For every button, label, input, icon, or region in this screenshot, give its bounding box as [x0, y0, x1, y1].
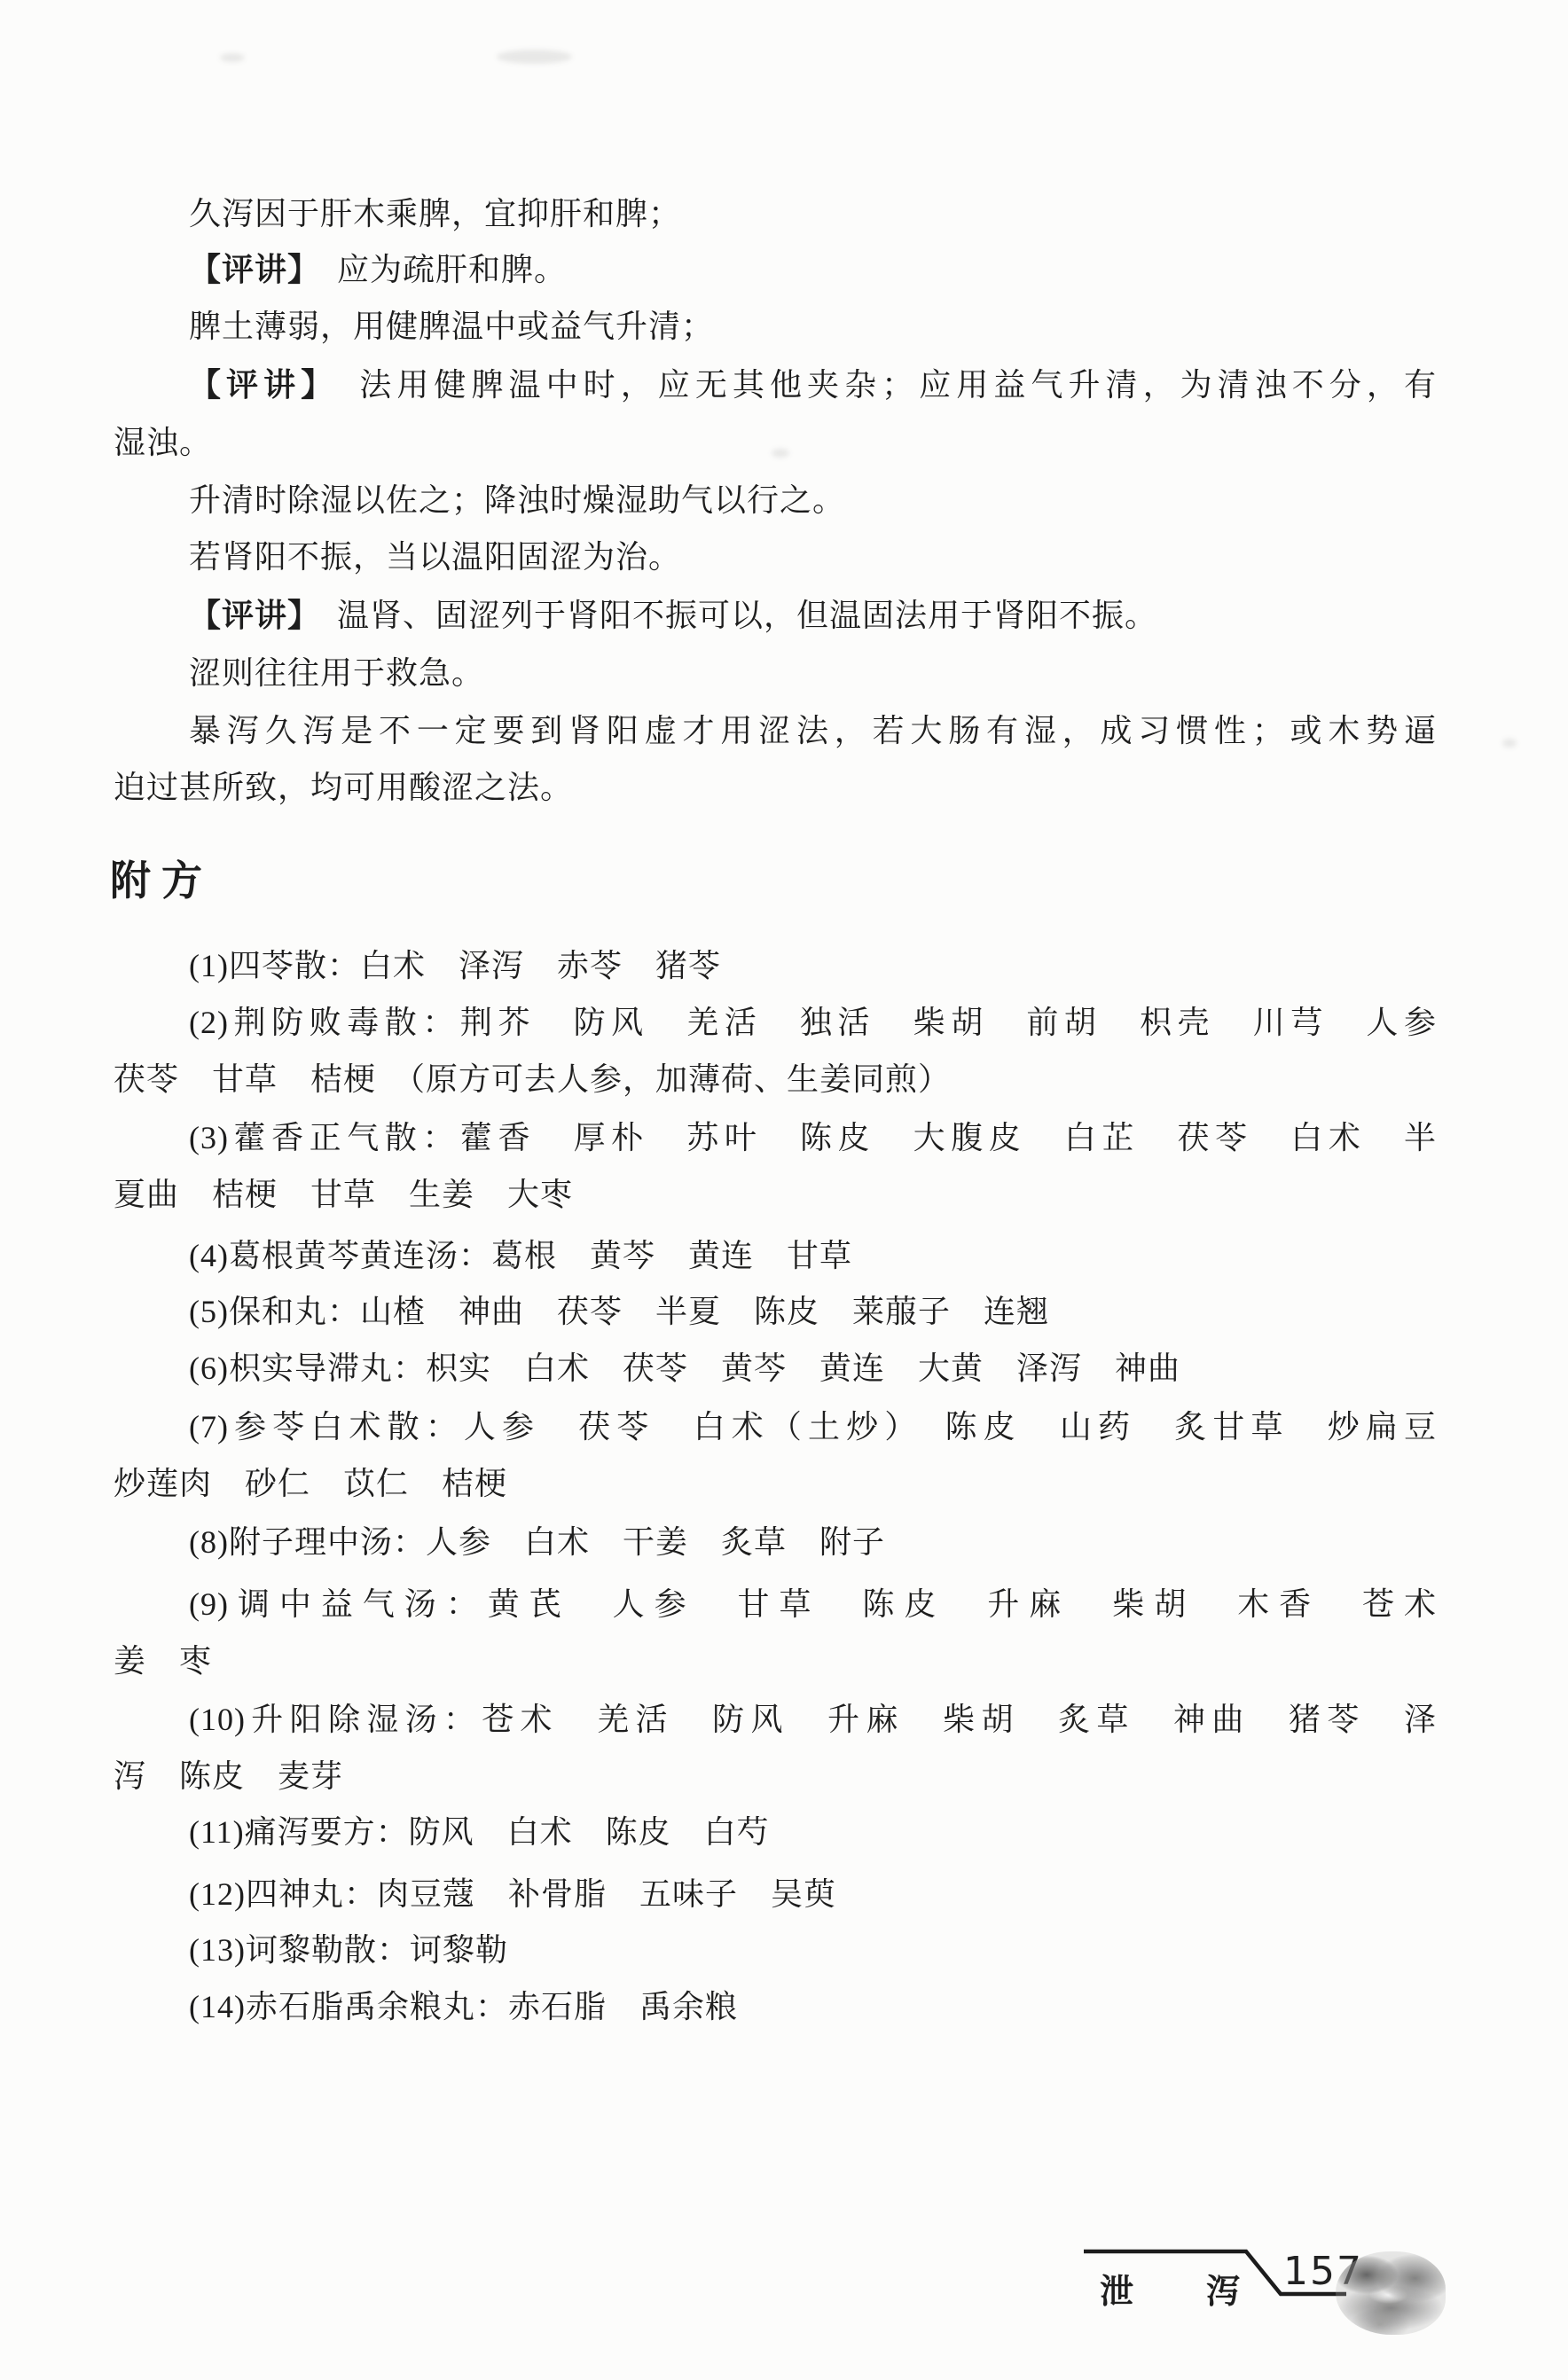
paragraph-line: 湿浊。 [114, 422, 1437, 463]
formula-line: (7)参苓白术散：人参 茯苓 白术（土炒） 陈皮 山药 炙甘草 炒扁豆 [114, 1406, 1437, 1447]
formula-line: 泻 陈皮 麦芽 [114, 1756, 1437, 1797]
scan-smudge [1502, 739, 1517, 748]
comment-marker: 【评讲】 [189, 367, 322, 403]
formula-line: (11)痛泻要方：防风 白术 陈皮 白芍 [114, 1812, 1437, 1852]
paragraph-line: 久泻因于肝木乘脾，宜抑肝和脾； [114, 193, 1437, 234]
formula-line: (14)赤石脂禹余粮丸：赤石脂 禹余粮 [114, 1986, 1437, 2027]
comment-marker: 【评讲】 [189, 252, 304, 287]
comment-text: 法用健脾温中时，应无其他夹杂；应用益气升清，为清浊不分，有 [322, 367, 1437, 403]
section-heading: 附方 [110, 849, 213, 907]
comment-text: 温肾、固涩列于肾阳不振可以，但温固法用于肾阳不振。 [304, 598, 1157, 633]
formula-line: (2)荆防败毒散：荆芥 防风 羌活 独活 柴胡 前胡 枳壳 川芎 人参 [114, 1002, 1437, 1043]
paragraph-line: 升清时除湿以佐之；降浊时燥湿助气以行之。 [114, 480, 1437, 521]
paragraph-line: 【评讲】 温肾、固涩列于肾阳不振可以，但温固法用于肾阳不振。 [114, 595, 1437, 636]
paragraph-line: 迫过甚所致，均可用酸涩之法。 [114, 767, 1437, 808]
formula-line: (13)诃黎勒散：诃黎勒 [114, 1930, 1437, 1970]
footer-stamp-image [1336, 2251, 1446, 2335]
paragraph-line: 脾土薄弱，用健脾温中或益气升清； [114, 306, 1437, 347]
paragraph-line: 涩则往往用于救急。 [114, 653, 1437, 693]
comment-marker: 【评讲】 [189, 598, 304, 633]
formula-line: 姜 枣 [114, 1640, 1437, 1681]
formula-line: 夏曲 桔梗 甘草 生姜 大枣 [114, 1174, 1437, 1215]
formula-line: (4)葛根黄芩黄连汤：葛根 黄芩 黄连 甘草 [114, 1235, 1437, 1276]
scan-smudge [220, 53, 245, 62]
formula-line: (6)枳实导滞丸：枳实 白术 茯苓 黄芩 黄连 大黄 泽泻 神曲 [114, 1348, 1437, 1389]
formula-line: 茯苓 甘草 桔梗 （原方可去人参，加薄荷、生姜同煎） [114, 1059, 1437, 1100]
paragraph-line: 【评讲】 法用健脾温中时，应无其他夹杂；应用益气升清，为清浊不分，有 [114, 364, 1437, 405]
formula-line: (5)保和丸：山楂 神曲 茯苓 半夏 陈皮 莱菔子 连翘 [114, 1291, 1437, 1332]
comment-text: 应为疏肝和脾。 [304, 252, 567, 287]
formula-line: (1)四苓散：白术 泽泻 赤苓 猪苓 [114, 945, 1437, 986]
scanned-book-page: 久泻因于肝木乘脾，宜抑肝和脾； 【评讲】 应为疏肝和脾。 脾土薄弱，用健脾温中或… [0, 0, 1568, 2380]
formula-line: (9)调中益气汤：黄芪 人参 甘草 陈皮 升麻 柴胡 木香 苍术 [114, 1584, 1437, 1625]
footer-chapter-title: 泄 泻 [1100, 2264, 1242, 2313]
formula-line: (3)藿香正气散：藿香 厚朴 苏叶 陈皮 大腹皮 白芷 茯苓 白术 半 [114, 1117, 1437, 1158]
formula-line: (8)附子理中汤：人参 白术 干姜 炙草 附子 [114, 1522, 1437, 1562]
scan-smudge [497, 50, 572, 64]
paragraph-line: 暴泻久泻是不一定要到肾阳虚才用涩法，若大肠有湿，成习惯性；或木势逼 [114, 710, 1437, 751]
paragraph-line: 若肾阳不振，当以温阳固涩为治。 [114, 536, 1437, 577]
formula-line: (12)四神丸：肉豆蔻 补骨脂 五味子 吴萸 [114, 1874, 1437, 1914]
formula-line: 炒莲肉 砂仁 苡仁 桔梗 [114, 1463, 1437, 1504]
paragraph-line: 【评讲】 应为疏肝和脾。 [114, 249, 1437, 290]
formula-line: (10)升阳除湿汤：苍术 羌活 防风 升麻 柴胡 炙草 神曲 猪苓 泽 [114, 1699, 1437, 1740]
